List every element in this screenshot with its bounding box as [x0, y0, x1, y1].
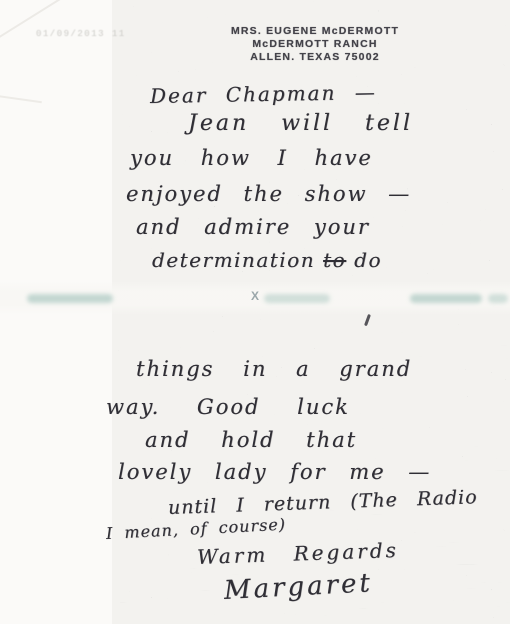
- handwritten-line-determination: determinationtodo: [152, 248, 382, 272]
- ink-bleed-smudge: [264, 294, 330, 303]
- letterhead-name: MRS. EUGENE McDERMOTT: [195, 25, 435, 38]
- ink-bleed-smudge: [27, 294, 113, 303]
- letterhead: MRS. EUGENE McDERMOTT McDERMOTT RANCH AL…: [195, 25, 435, 64]
- ink-bleed-smudge: [488, 294, 508, 303]
- fax-timestamp: 01/09/2013 11: [36, 29, 126, 39]
- handwritten-line: lovely lady for me —: [118, 460, 431, 484]
- handwritten-line: and hold that: [145, 428, 357, 452]
- handwritten-line: Jean will tell: [188, 111, 413, 136]
- handwritten-line: way. Good luck: [106, 395, 350, 419]
- determination-post: do: [354, 248, 382, 272]
- scanned-letter: 01/09/2013 11 MRS. EUGENE McDERMOTT McDE…: [0, 0, 510, 624]
- determination-pre: determination: [152, 248, 315, 272]
- handwritten-line: you how I have: [130, 146, 373, 170]
- scan-seam-band: X: [0, 281, 510, 315]
- handwritten-salutation: Dear Chapman —: [150, 80, 377, 108]
- handwritten-line: things in a grand: [136, 357, 412, 381]
- handwritten-line: enjoyed the show —: [126, 182, 411, 206]
- letterhead-ranch: McDERMOTT RANCH: [195, 38, 435, 51]
- struck-word: to: [323, 248, 346, 272]
- letterhead-city: ALLEN. TEXAS 75002: [195, 51, 435, 64]
- seam-x-mark: X: [251, 289, 259, 303]
- ink-bleed-smudge: [410, 294, 482, 303]
- handwritten-line: and admire your: [136, 215, 370, 239]
